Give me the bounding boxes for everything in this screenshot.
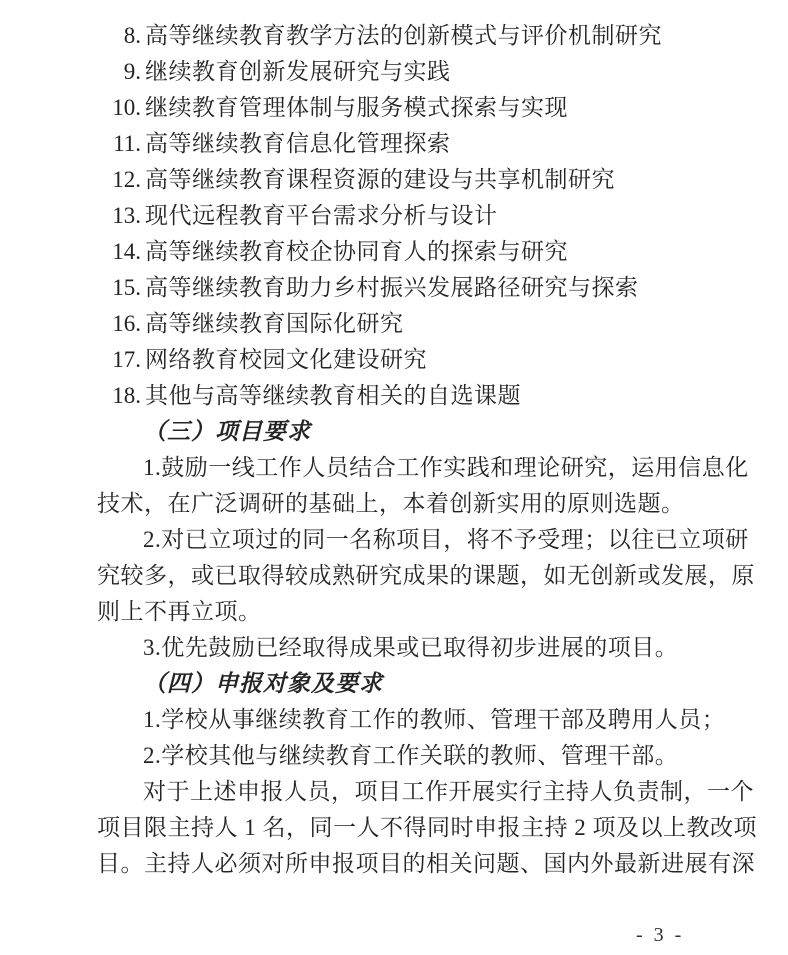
document-body: 8.高等继续教育教学方法的创新模式与评价机制研究 9.继续教育创新发展研究与实践… <box>97 18 737 882</box>
para-line: 究较多，或已取得较成熟研究成果的课题，如无创新或发展，原 <box>97 558 737 594</box>
list-item-text: 高等继续教育国际化研究 <box>145 311 404 336</box>
list-item-17: 17.网络教育校园文化建设研究 <box>97 342 737 378</box>
para-line: 技术，在广泛调研的基础上，本着创新实用的原则选题。 <box>97 486 737 522</box>
section-heading-4: （四）申报对象及要求 <box>97 666 737 702</box>
list-item-number: 12. <box>97 162 141 198</box>
list-item-number: 16. <box>97 306 141 342</box>
list-item-text: 继续教育管理体制与服务模式探索与实现 <box>145 95 568 120</box>
list-item-9: 9.继续教育创新发展研究与实践 <box>97 54 737 90</box>
para-line: 则上不再立项。 <box>97 594 737 630</box>
list-item-11: 11.高等继续教育信息化管理探索 <box>97 126 737 162</box>
list-item-14: 14.高等继续教育校企协同育人的探索与研究 <box>97 234 737 270</box>
document-page: 8.高等继续教育教学方法的创新模式与评价机制研究 9.继续教育创新发展研究与实践… <box>0 0 788 955</box>
list-item-15: 15.高等继续教育助力乡村振兴发展路径研究与探索 <box>97 270 737 306</box>
para-line: 1.学校从事继续教育工作的教师、管理干部及聘用人员； <box>97 702 737 738</box>
list-item-16: 16.高等继续教育国际化研究 <box>97 306 737 342</box>
list-item-number: 15. <box>97 270 141 306</box>
list-item-10: 10.继续教育管理体制与服务模式探索与实现 <box>97 90 737 126</box>
list-item-8: 8.高等继续教育教学方法的创新模式与评价机制研究 <box>97 18 737 54</box>
para-line: 项目限主持人 1 名，同一人不得同时申报主持 2 项及以上教改项 <box>97 810 737 846</box>
list-item-text: 高等继续教育助力乡村振兴发展路径研究与探索 <box>145 275 639 300</box>
para-line: 1.鼓励一线工作人员结合工作实践和理论研究，运用信息化 <box>97 450 737 486</box>
list-item-number: 10. <box>97 90 141 126</box>
list-item-text: 继续教育创新发展研究与实践 <box>145 59 451 84</box>
list-item-number: 17. <box>97 342 141 378</box>
para-line: 3.优先鼓励已经取得成果或已取得初步进展的项目。 <box>97 630 737 666</box>
list-item-18: 18.其他与高等继续教育相关的自选课题 <box>97 378 737 414</box>
list-item-number: 18. <box>97 378 141 414</box>
para-line: 目。主持人必须对所申报项目的相关问题、国内外最新进展有深 <box>97 846 737 882</box>
list-item-number: 14. <box>97 234 141 270</box>
para-line: 2.对已立项过的同一名称项目，将不予受理；以往已立项研 <box>97 522 737 558</box>
list-item-text: 高等继续教育校企协同育人的探索与研究 <box>145 239 568 264</box>
list-item-number: 9. <box>97 54 141 90</box>
section-heading-3: （三）项目要求 <box>97 414 737 450</box>
list-item-number: 11. <box>97 126 141 162</box>
page-number: - 3 - <box>636 924 684 947</box>
list-item-text: 网络教育校园文化建设研究 <box>145 347 427 372</box>
list-item-text: 现代远程教育平台需求分析与设计 <box>145 203 498 228</box>
list-item-number: 8. <box>97 18 141 54</box>
list-item-13: 13.现代远程教育平台需求分析与设计 <box>97 198 737 234</box>
list-item-text: 高等继续教育信息化管理探索 <box>145 131 451 156</box>
para-line: 2.学校其他与继续教育工作关联的教师、管理干部。 <box>97 738 737 774</box>
list-item-number: 13. <box>97 198 141 234</box>
para-line: 对于上述申报人员，项目工作开展实行主持人负责制，一个 <box>97 774 737 810</box>
list-item-text: 高等继续教育教学方法的创新模式与评价机制研究 <box>145 23 662 48</box>
list-item-text: 高等继续教育课程资源的建设与共享机制研究 <box>145 167 615 192</box>
list-item-text: 其他与高等继续教育相关的自选课题 <box>145 383 521 408</box>
list-item-12: 12.高等继续教育课程资源的建设与共享机制研究 <box>97 162 737 198</box>
